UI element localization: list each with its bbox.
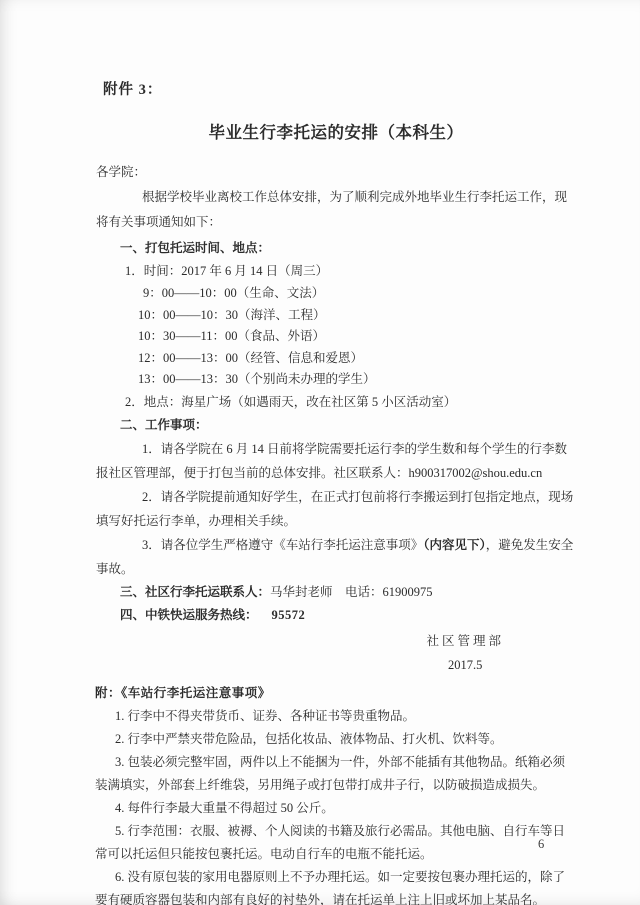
hotline-number: 95572 (272, 608, 306, 622)
time-slot: 12：00——13：00（经管、信息和爱恩） (96, 348, 576, 370)
signature-date: 2017.5 (426, 653, 504, 677)
page-number: 6 (538, 837, 544, 852)
time-slot: 9：00——10：00（生命、文法） (96, 283, 576, 305)
document-page: 附件 3： 毕业生行李托运的安排（本科生） 各学院： 根据学校毕业离校工作总体安… (0, 0, 640, 905)
section-1-heading: 一、打包托运时间、地点： (96, 237, 576, 260)
section-4-heading: 四、中铁快运服务热线： (120, 608, 258, 622)
work-item-3: 3．请各位学生严格遵守《车站行李托运注意事项》（内容见下），避免发生安全事故。 (96, 533, 576, 581)
work-item-2: 2．请各学院提前通知好学生，在正式打包前将行李搬运到打包指定地点，现场填写好托运… (96, 485, 576, 533)
work-item-3-text: 3．请各位学生严格遵守《车站行李托运注意事项》 (142, 538, 423, 552)
section-2-heading: 二、工作事项： (96, 414, 576, 437)
appendix-item: 6. 没有原包装的家用电器原则上不予办理托运。如一定要按包裹办理托运的，除了要有… (95, 866, 576, 905)
appendix-item: 3. 包装必须完整牢固，两件以上不能捆为一件，外部不能插有其他物品。纸箱必须装满… (95, 751, 576, 797)
section-4-line: 四、中铁快运服务热线：95572 (96, 604, 576, 627)
document-title: 毕业生行李托运的安排（本科生） (96, 120, 576, 145)
appendix-heading: 附：《车站行李托运注意事项》 (95, 681, 576, 705)
salutation: 各学院： (96, 160, 576, 185)
appendix: 附：《车站行李托运注意事项》 1. 行李中不得夹带货币、证券、各种证书等贵重物品… (95, 681, 576, 905)
signature-block: 社区管理部 2017.5 (426, 629, 504, 677)
section-3-line: 三、社区行李托运联系人：马华封老师 电话：61900975 (96, 581, 576, 604)
appendix-item: 2. 行李中严禁夹带危险品，包括化妆品、液体物品、打火机、饮料等。 (95, 728, 576, 751)
section-3-contact: 马华封老师 电话：61900975 (270, 585, 433, 599)
time-slot: 13：00——13：30（个别尚未办理的学生） (96, 369, 576, 391)
location-line: 2．地点：海星广场（如遇雨天，改在社区第 5 小区活动室） (96, 391, 576, 414)
appendix-item: 1. 行李中不得夹带货币、证券、各种证书等贵重物品。 (95, 705, 576, 728)
intro-paragraph: 根据学校毕业离校工作总体安排，为了顺利完成外地毕业生行李托运工作，现将有关事项通… (96, 185, 576, 235)
appendix-item: 4. 每件行李最大重量不得超过 50 公斤。 (95, 797, 576, 820)
appendix-item: 5. 行李范围：衣服、被褥、个人阅读的书籍及旅行必需品。其他电脑、自行车等日常可… (95, 820, 576, 866)
work-item-3-emphasis: （内容见下） (423, 538, 486, 552)
attachment-label: 附件 3： (103, 78, 576, 103)
time-slot: 10：30——11：00（食品、外语） (96, 326, 576, 348)
time-slot: 10：00——10：30（海洋、工程） (96, 305, 576, 327)
work-item-1: 1．请各学院在 6 月 14 日前将学院需要托运行李的学生数和每个学生的行李数报… (96, 437, 576, 485)
time-label: 1．时间：2017 年 6 月 14 日（周三） (96, 260, 576, 283)
time-slot-list: 9：00——10：00（生命、文法） 10：00——10：30（海洋、工程） 1… (96, 283, 576, 391)
document-content: 附件 3： 毕业生行李托运的安排（本科生） 各学院： 根据学校毕业离校工作总体安… (96, 78, 576, 905)
signature-org: 社区管理部 (426, 629, 504, 653)
section-3-heading: 三、社区行李托运联系人： (120, 585, 270, 599)
